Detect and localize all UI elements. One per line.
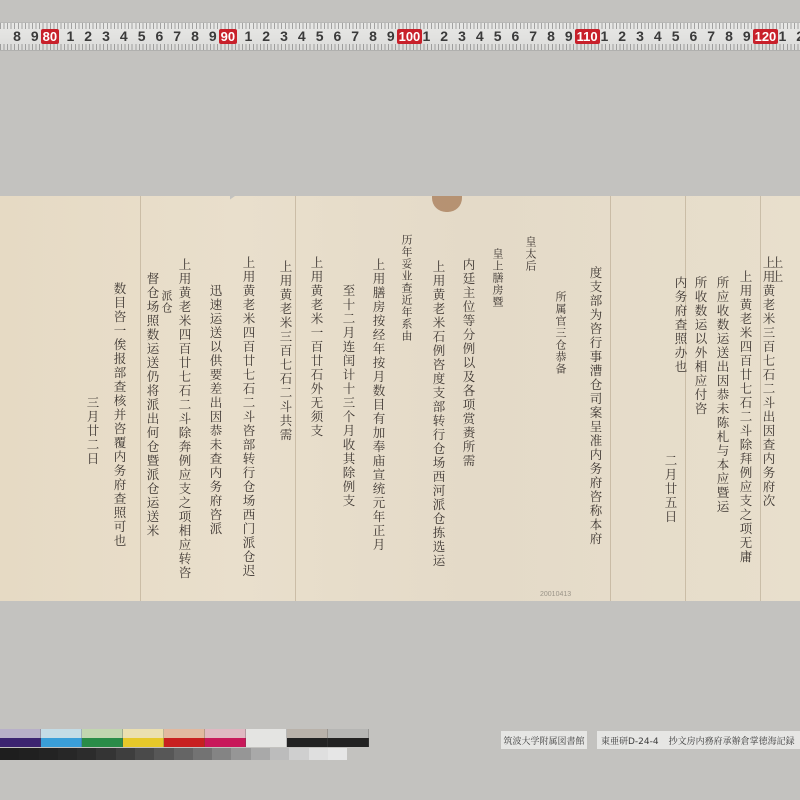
text-column: 上用黄老米四百廿七石二斗咨部转行仓场西门派仓迟	[240, 256, 256, 578]
color-card-saturated-row	[0, 738, 369, 747]
color-swatch	[0, 738, 41, 747]
ruler-label: 1	[239, 29, 257, 44]
ruler-label: 8	[542, 29, 560, 44]
ruler-label: 3	[97, 29, 115, 44]
ruler-label: 6	[150, 29, 168, 44]
gray-swatch	[212, 748, 231, 760]
ruler-label: 3	[453, 29, 471, 44]
text-column: 历年妥业查近年系由	[398, 234, 414, 342]
handwritten-document: 上上上用黄老米三百七石二斗出因查内务府次上用黄老米四百廿七石二斗除拜例应支之项无…	[0, 196, 800, 601]
ruler-label: 5	[133, 29, 151, 44]
gray-swatch	[193, 748, 212, 760]
ruler-label: 80	[41, 29, 59, 44]
ruler-label: 2	[613, 29, 631, 44]
gray-swatch	[328, 748, 347, 760]
library-label: 筑波大学附属図書館	[501, 731, 587, 749]
ruler-label: 6	[684, 29, 702, 44]
text-column: 二月廿五日	[662, 454, 678, 524]
ruler-label: 3	[631, 29, 649, 44]
ruler-ticks-bottom	[0, 44, 800, 50]
ruler-label: 4	[293, 29, 311, 44]
text-column: 上用黄老米一百廿石外无须支	[308, 256, 324, 438]
ruler-label: 8	[186, 29, 204, 44]
ruler-label: 1	[61, 29, 79, 44]
text-column: 上用黄老米四百廿七石二斗除拜例应支之项无庸	[737, 270, 753, 564]
ruler-label: 2	[257, 29, 275, 44]
text-column: 至十二月连闰计十三个月收其除例支	[340, 284, 356, 508]
ruler-label: 90	[219, 29, 237, 44]
text-column: 三月廿二日	[84, 396, 100, 466]
color-swatch	[123, 729, 164, 738]
text-column: 内务府查照办也	[672, 276, 688, 374]
color-swatch	[246, 729, 287, 738]
color-swatch	[41, 738, 82, 747]
ruler-label: 5	[489, 29, 507, 44]
grayscale-strip	[0, 748, 347, 760]
gray-swatch	[116, 748, 135, 760]
ruler-label: 8	[8, 29, 26, 44]
ruler-label: 6	[506, 29, 524, 44]
gray-swatch	[58, 748, 77, 760]
gray-swatch	[289, 748, 308, 760]
ruler-label: 2	[79, 29, 97, 44]
color-swatch	[287, 738, 328, 747]
ruler-label: 4	[115, 29, 133, 44]
color-calibration-card	[0, 729, 348, 771]
color-swatch	[123, 738, 164, 747]
color-swatch	[205, 729, 246, 738]
color-swatch	[0, 729, 41, 738]
ruler-label: 1	[595, 29, 613, 44]
text-column: 所收数运以外相应付咨	[692, 276, 708, 416]
text-column: 上用黄老米石例咨度支部转行仓场西河派仓拣选运	[430, 260, 446, 568]
text-column: 迅速运送以供要差出因恭未查内务府咨派	[207, 284, 223, 536]
gray-swatch	[96, 748, 115, 760]
ruler-label: 4	[471, 29, 489, 44]
ruler-label: 6	[328, 29, 346, 44]
document-title: 抄文房内務府承辦倉掌徳海記録	[669, 734, 795, 747]
color-swatch	[164, 738, 205, 747]
color-swatch	[328, 738, 369, 747]
ruler-label: 8	[720, 29, 738, 44]
ruler-label: 5	[311, 29, 329, 44]
text-column: 所应收数运送出因恭未陈札与本应暨运	[714, 276, 730, 514]
text-column: 度支部为咨行事漕仓司案呈准内务府咨称本府	[587, 266, 603, 546]
gray-swatch	[174, 748, 193, 760]
text-column: 上用黄老米三百七石二斗出因查内务府次	[760, 256, 776, 508]
text-column: 上用黄老米四百廿七石二斗除奔例应支之项相应转咨	[176, 258, 192, 580]
gray-swatch	[231, 748, 250, 760]
color-swatch	[82, 729, 123, 738]
ruler-label: 8	[364, 29, 382, 44]
ruler-label: 2	[435, 29, 453, 44]
text-column: 数目咨一俟报部查核并咨覆内务府查照可也	[111, 282, 127, 548]
gray-swatch	[39, 748, 58, 760]
ruler-label: 7	[702, 29, 720, 44]
text-column: 所属官三仓恭备	[552, 291, 568, 375]
ruler-label: 4	[649, 29, 667, 44]
gray-swatch	[19, 748, 38, 760]
text-column: 皇太后	[522, 236, 538, 272]
text-column: 派仓	[158, 290, 174, 314]
torn-top-edge	[0, 196, 800, 210]
ruler-label: 5	[667, 29, 685, 44]
ruler-label: 7	[168, 29, 186, 44]
gray-swatch	[309, 748, 328, 760]
text-column: 皇上膳房暨	[489, 248, 505, 308]
catalog-label: 東亜研D-24-4 抄文房内務府承辦倉掌徳海記録 10003016	[597, 731, 800, 749]
ruler-label: 1	[773, 29, 791, 44]
ruler-label: 7	[524, 29, 542, 44]
color-swatch	[287, 729, 328, 738]
color-swatch	[246, 738, 287, 747]
ruler-label: 7	[346, 29, 364, 44]
gray-swatch	[270, 748, 289, 760]
color-swatch	[205, 738, 246, 747]
archive-stamp-number: 20010413	[540, 591, 571, 598]
gray-swatch	[251, 748, 270, 760]
gray-swatch	[154, 748, 173, 760]
gray-swatch	[0, 748, 19, 760]
ruler-label: 3	[275, 29, 293, 44]
text-column: 督仓场照数运送仍将派出何仓暨派仓运送米	[144, 272, 160, 538]
color-swatch	[328, 729, 369, 738]
library-name: 筑波大学附属図書館	[503, 734, 584, 747]
text-column: 上用膳房按经年按月数目有加奉庙宣统元年正月	[370, 258, 386, 552]
text-column: 上用黄老米三百七石二斗共需	[277, 260, 293, 442]
text-column: 内廷主位等分例以及各项赏赉所需	[460, 258, 476, 468]
color-swatch	[41, 729, 82, 738]
measuring-ruler: 8980123456789901234567891001234567891101…	[0, 22, 800, 51]
ruler-label: 2	[791, 29, 800, 44]
color-swatch	[164, 729, 205, 738]
call-number: 東亜研D-24-4	[601, 734, 659, 747]
color-swatch	[82, 738, 123, 747]
color-card-light-row	[0, 729, 369, 738]
gray-swatch	[135, 748, 154, 760]
gray-swatch	[77, 748, 96, 760]
ruler-label: 1	[417, 29, 435, 44]
